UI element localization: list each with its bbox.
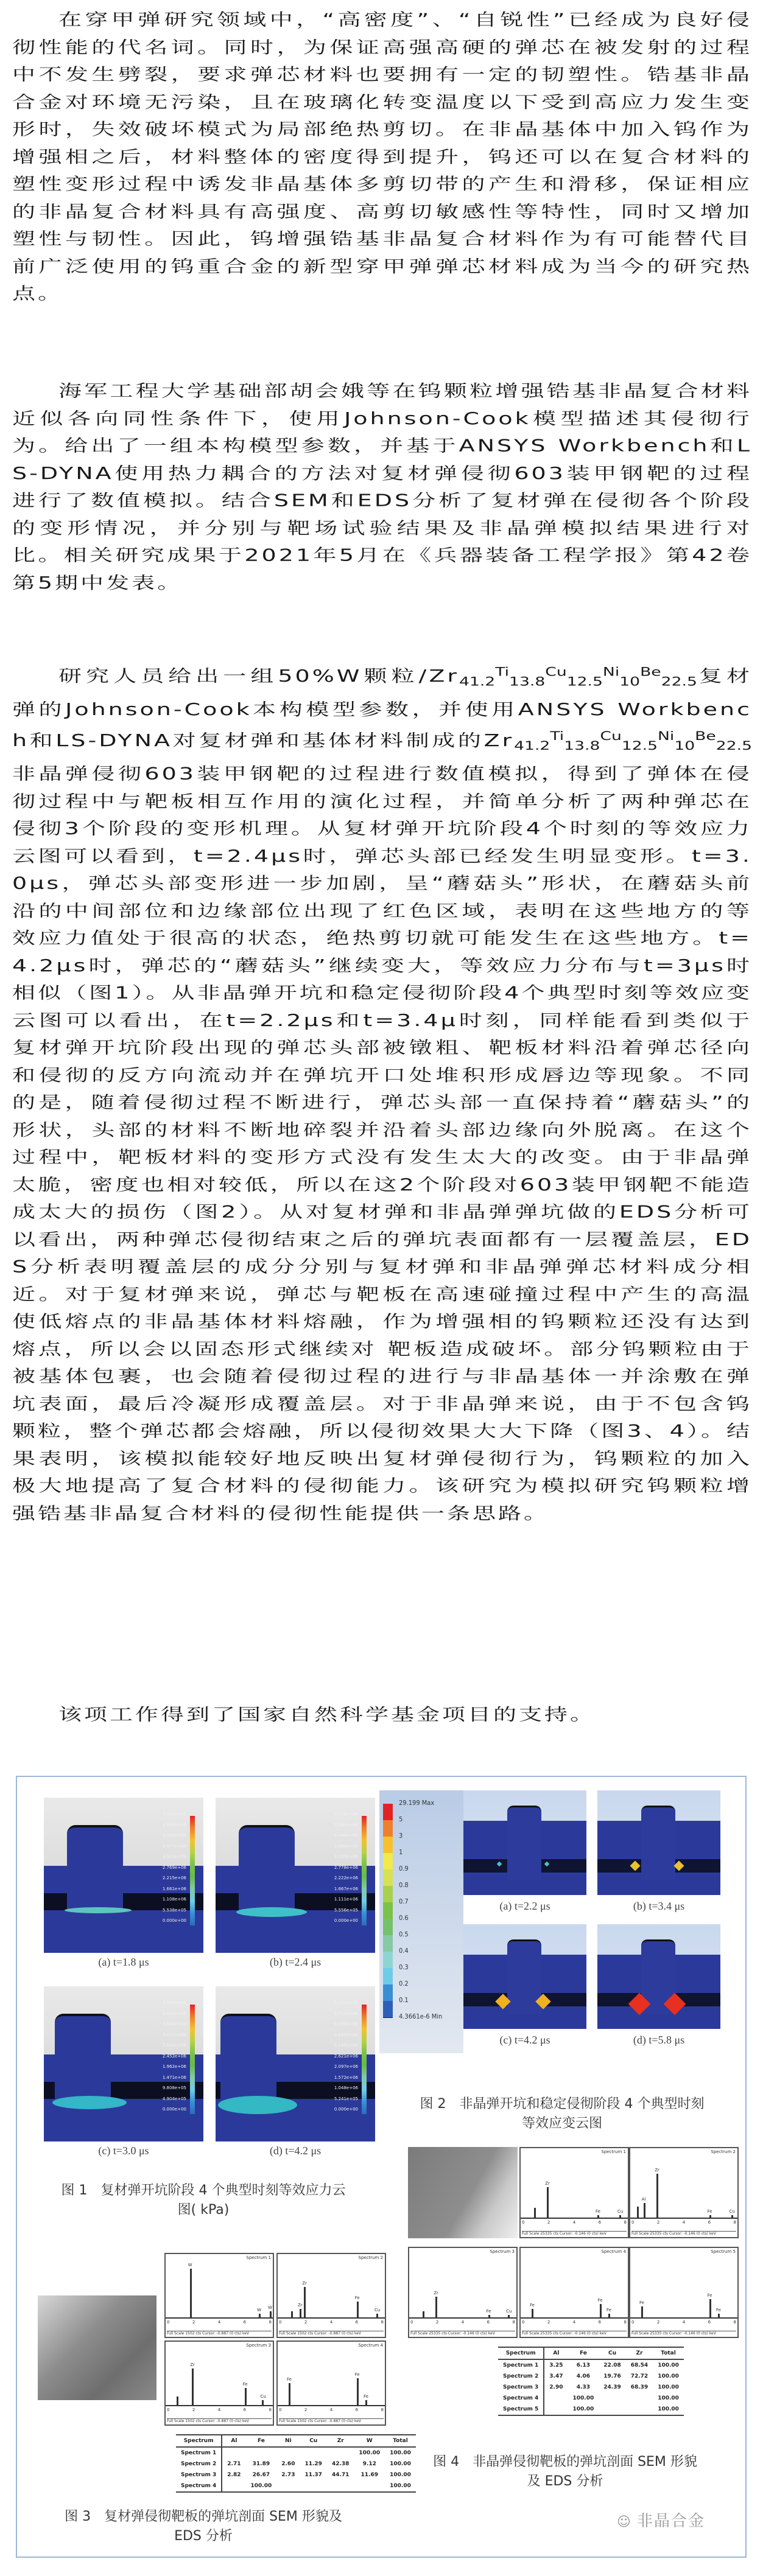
table-cell: 100.00 (568, 2404, 599, 2415)
figure-1-panel-label: (c) t=3.0 μs (44, 2145, 203, 2157)
legend-label: 29.199 Max (399, 1799, 434, 1807)
table-header: W (354, 2435, 385, 2447)
colorbar-labels: 5.538e+064.984e+064.430e+063.877e+063.32… (147, 1811, 186, 1929)
table-cell: 100.00 (246, 2480, 277, 2492)
figure-1-caption-line1: 图 1 复材弹开坑阶段 4 个典型时刻等效应力云 (39, 2181, 368, 2201)
table-header: Spectrum (498, 2347, 544, 2359)
table-row: Spectrum 5100.00100.00 (498, 2404, 684, 2415)
table-cell: 9.12 (354, 2459, 385, 2470)
legend-label: 1 (399, 1848, 403, 1856)
table-cell: 68.39 (626, 2382, 653, 2393)
wechat-icon: ☺ (617, 2515, 632, 2530)
figure-2-legend: 29.199 Max5310.90.80.70.60.50.40.30.20.1… (379, 1790, 463, 2053)
eds-spectrum: Spectrum 2AlZrFeCu02468Full Scale 25335 … (629, 2147, 739, 2238)
figure-3-caption-line1: 图 3 复材弹侵彻靶板的弹坑剖面 SEM 形貌及 (39, 2507, 368, 2527)
eds-spectrum: Spectrum 1ZrFeCu02468Full Scale 25335 ct… (519, 2147, 629, 2238)
paragraph-results: 研究人员给出一组50%W颗粒/Zr41.2Ti13.8Cu12.5Ni10Be2… (12, 658, 752, 1527)
table-cell (544, 2404, 568, 2415)
figure-4-caption-line2: 及 EDS 分析 (395, 2472, 736, 2491)
table-cell: 2.90 (544, 2382, 568, 2393)
colorbar-labels: 5.556e+065.000e+064.444e+063.889e+063.33… (319, 1811, 358, 1929)
table-cell: 26.67 (246, 2470, 277, 2480)
eds-spectrum: Spectrum 3ZrFeCu02468Full Scale 25335 ct… (408, 2247, 518, 2338)
alloy-formula-1: Zr41.2Ti13.8Cu12.5Ni10Be22.5 (429, 666, 697, 686)
legend-swatch (383, 1837, 393, 1854)
table-cell (599, 2404, 625, 2415)
figure-2: 29.199 Max5310.90.80.70.60.50.40.30.20.1… (379, 1790, 739, 2137)
table-cell: 11.37 (300, 2470, 326, 2480)
figure-1-panel-label: (b) t=2.4 μs (216, 1956, 375, 1969)
table-cell (246, 2447, 277, 2459)
legend-label: 0.8 (399, 1881, 409, 1889)
eds-spectrum: Spectrum 1WWW02468Full Scale 1502 cts Cu… (164, 2253, 274, 2338)
figure-3-eds-table: SpectrumAlFeNiCuZrWTotalSpectrum 1100.00… (176, 2434, 416, 2493)
table-cell (327, 2480, 354, 2492)
figure-2-caption-line1: 图 2 非晶弹开坑和稳定侵彻阶段 4 个典型时刻 (392, 2095, 733, 2114)
table-cell: 100.00 (653, 2382, 684, 2393)
legend-swatch (383, 1952, 393, 1969)
table-cell: Spectrum 3 (176, 2470, 222, 2480)
table-cell: 100.00 (653, 2404, 684, 2415)
table-cell (222, 2480, 245, 2492)
table-cell (599, 2393, 625, 2404)
figure-3-sem-image (38, 2295, 156, 2400)
figure-1-panel-label: (d) t=4.2 μs (216, 2145, 375, 2157)
table-cell: 100.00 (653, 2393, 684, 2404)
table-row: Spectrum 32.904.3324.3968.39100.00 (498, 2382, 684, 2393)
paragraph-research-summary: 海军工程大学基础部胡会娥等在钨颗粒增强锆基非晶复合材料近似各向同性条件下，使用J… (12, 377, 752, 596)
table-cell: 100.00 (653, 2371, 684, 2382)
figure-1: 5.538e+064.984e+064.430e+063.877e+063.32… (27, 1785, 368, 2248)
colorbar-labels: 5.241e+064.717e+064.193e+063.669e+063.14… (319, 2000, 358, 2117)
table-cell (222, 2447, 245, 2459)
table-cell: Spectrum 2 (498, 2371, 544, 2382)
table-cell: 100.00 (653, 2359, 684, 2371)
table-header: Al (222, 2435, 245, 2447)
figure-2-panel-label: (a) t=2.2 μs (463, 1900, 586, 1913)
eds-spectrum: Spectrum 5FeFeFe02468Full Scale 25335 ct… (629, 2247, 739, 2338)
table-row: Spectrum 13.256.1322.0868.54100.00 (498, 2359, 684, 2371)
eds-spectrum: Spectrum 4FeFeFe02468Full Scale 25335 ct… (519, 2247, 629, 2338)
legend-label: 0.4 (399, 1947, 409, 1955)
eds-spectrum: Spectrum 3ZrFeCu02468Full Scale 1502 cts… (164, 2340, 274, 2426)
alloy-formula-2: Zr41.2Ti13.8Cu12.5Ni10Be22.5 (483, 731, 752, 750)
table-row: Spectrum 4100.00100.00 (498, 2393, 684, 2404)
table-row: Spectrum 23.474.0619.7672.72100.00 (498, 2371, 684, 2382)
table-cell: Spectrum 4 (498, 2393, 544, 2404)
paragraph-funding: 该项工作得到了国家自然科学基金项目的支持。 (12, 1701, 752, 1728)
table-cell: 19.76 (599, 2371, 625, 2382)
table-cell: 2.82 (222, 2470, 245, 2480)
table-cell: Spectrum 3 (498, 2382, 544, 2393)
figure-2-caption-line2: 等效应变云图 (392, 2114, 733, 2134)
table-cell (300, 2447, 326, 2459)
table-header: Cu (300, 2435, 326, 2447)
figure-1-panel: 5.241e+064.717e+064.193e+063.669e+063.14… (216, 1986, 375, 2163)
table-cell: 4.33 (568, 2382, 599, 2393)
figure-2-panel: (c) t=4.2 μs (463, 1924, 588, 2055)
legend-swatch (383, 2001, 393, 2018)
figure-1-panel: 5.556e+065.000e+064.444e+063.889e+063.33… (216, 1798, 375, 1974)
figure-4-eds-table: SpectrumAlFeCuZrTotalSpectrum 13.256.132… (498, 2347, 684, 2416)
table-cell (626, 2393, 653, 2404)
table-row: Spectrum 4100.00100.00 (176, 2480, 416, 2492)
figure-1-panel-label: (a) t=1.8 μs (44, 1956, 203, 1969)
legend-label: 0.6 (399, 1914, 409, 1922)
table-cell: 2.73 (276, 2470, 300, 2480)
legend-swatch (383, 1869, 393, 1887)
figure-2-panel: (d) t=5.8 μs (597, 1924, 722, 2055)
legend-label: 0.7 (399, 1897, 409, 1905)
table-row: Spectrum 1100.00100.00 (176, 2447, 416, 2459)
table-cell (544, 2393, 568, 2404)
figure-4-sem-image (408, 2147, 518, 2238)
table-cell: 68.54 (626, 2359, 653, 2371)
table-cell: 3.47 (544, 2371, 568, 2382)
legend-swatch (383, 1984, 393, 2002)
table-header: Spectrum (176, 2435, 222, 2447)
table-header: Fe (246, 2435, 277, 2447)
legend-swatch (383, 1886, 393, 1903)
colorbar-labels: 4.904e+064.414e+063.923e+063.433e+062.94… (147, 2000, 186, 2117)
table-cell: 2.60 (276, 2459, 300, 2470)
figure-2-panel-label: (c) t=4.2 μs (463, 2034, 586, 2047)
table-cell: Spectrum 5 (498, 2404, 544, 2415)
legend-label: 4.3661e-6 Min (399, 2012, 442, 2020)
legend-swatch (383, 1919, 393, 1936)
watermark-text: 非晶合金 (637, 2512, 705, 2530)
legend-label: 0.5 (399, 1930, 409, 1938)
figure-1-caption: 图 1 复材弹开坑阶段 4 个典型时刻等效应力云 图( kPa) (39, 2181, 368, 2220)
legend-label: 0.2 (399, 1980, 409, 1988)
table-cell (327, 2447, 354, 2459)
table-cell: 6.13 (568, 2359, 599, 2371)
figure-4: Spectrum 1ZrFeCu02468Full Scale 25335 ct… (395, 2136, 742, 2556)
table-header: Al (544, 2347, 568, 2359)
table-cell (626, 2404, 653, 2415)
table-cell: 11.69 (354, 2470, 385, 2480)
figure-4-caption-line1: 图 4 非晶弹侵彻靶板的弹坑剖面 SEM 形貌 (395, 2452, 736, 2472)
table-header: Cu (599, 2347, 625, 2359)
table-row: Spectrum 32.8226.672.7311.3744.7111.6910… (176, 2470, 416, 2480)
legend-swatch (383, 1968, 393, 1985)
legend-swatch (383, 1820, 393, 1837)
table-cell: 100.00 (568, 2393, 599, 2404)
table-header: Total (653, 2347, 684, 2359)
table-cell: 24.39 (599, 2382, 625, 2393)
figure-1-panel: 4.904e+064.414e+063.923e+063.433e+062.94… (44, 1986, 203, 2163)
table-header: Ni (276, 2435, 300, 2447)
table-cell (276, 2447, 300, 2459)
table-cell: 11.29 (300, 2459, 326, 2470)
legend-label: 3 (399, 1832, 403, 1840)
table-cell: 100.00 (354, 2447, 385, 2459)
table-cell: 2.71 (222, 2459, 245, 2470)
legend-swatch (383, 1804, 393, 1821)
legend-label: 5 (399, 1815, 403, 1823)
legend-swatch (383, 1853, 393, 1870)
legend-label: 0.1 (399, 1996, 409, 2004)
eds-spectrum: Spectrum 2ZrZrFeCu02468Full Scale 1502 c… (276, 2253, 386, 2338)
legend-swatch (383, 1902, 393, 1919)
results-intro: 研究人员给出一组50%W颗粒/ (58, 666, 429, 686)
figure-3-caption: 图 3 复材弹侵彻靶板的弹坑剖面 SEM 形貌及 EDS 分析 (39, 2507, 368, 2546)
table-cell: 3.25 (544, 2359, 568, 2371)
table-cell: Spectrum 2 (176, 2459, 222, 2470)
table-cell: Spectrum 1 (176, 2447, 222, 2459)
table-cell (276, 2480, 300, 2492)
paragraph-intro: 在穿甲弹研究领域中，“高密度”、“自锐性”已经成为良好侵彻性能的代名词。同时，为… (12, 6, 752, 307)
figure-2-panel-label: (b) t=3.4 μs (597, 1900, 720, 1913)
figure-4-caption: 图 4 非晶弹侵彻靶板的弹坑剖面 SEM 形貌 及 EDS 分析 (395, 2452, 736, 2491)
table-cell: Spectrum 1 (498, 2359, 544, 2371)
table-header: Zr (327, 2435, 354, 2447)
table-cell: 42.38 (327, 2459, 354, 2470)
table-cell: 22.08 (599, 2359, 625, 2371)
table-cell: Spectrum 4 (176, 2480, 222, 2492)
figure-1-caption-line2: 图( kPa) (39, 2201, 368, 2220)
table-header: Zr (626, 2347, 653, 2359)
figure-2-panel: (a) t=2.2 μs (463, 1790, 588, 1921)
table-cell (354, 2480, 385, 2492)
table-header: Fe (568, 2347, 599, 2359)
figure-2-panel-label: (d) t=5.8 μs (597, 2034, 720, 2047)
table-cell (300, 2480, 326, 2492)
legend-label: 0.9 (399, 1865, 409, 1873)
figure-1-panel: 5.538e+064.984e+064.430e+063.877e+063.32… (44, 1798, 203, 1974)
table-cell: 44.71 (327, 2470, 354, 2480)
figure-3-caption-line2: EDS 分析 (39, 2527, 368, 2546)
table-cell: 72.72 (626, 2371, 653, 2382)
watermark: ☺非晶合金 (617, 2508, 705, 2531)
figure-2-panel: (b) t=3.4 μs (597, 1790, 722, 1921)
table-cell: 4.06 (568, 2371, 599, 2382)
legend-swatch (383, 1935, 393, 1952)
results-rest: 非晶弹侵彻603装甲钢靶的过程进行数值模拟，得到了弹体在侵彻过程中与靶板相互作用… (12, 764, 752, 1523)
figure-3: Spectrum 1WWW02468Full Scale 1502 cts Cu… (27, 2252, 386, 2556)
legend-label: 0.3 (399, 1963, 409, 1971)
table-cell: 31.89 (246, 2459, 277, 2470)
table-row: Spectrum 22.7131.892.6011.2942.389.12100… (176, 2459, 416, 2470)
figure-2-caption: 图 2 非晶弹开坑和稳定侵彻阶段 4 个典型时刻 等效应变云图 (392, 2095, 733, 2134)
figures-frame: 5.538e+064.984e+064.430e+063.877e+063.32… (16, 1776, 747, 2558)
eds-spectrum: Spectrum 4FeFeFe02468Full Scale 1502 cts… (276, 2340, 386, 2426)
